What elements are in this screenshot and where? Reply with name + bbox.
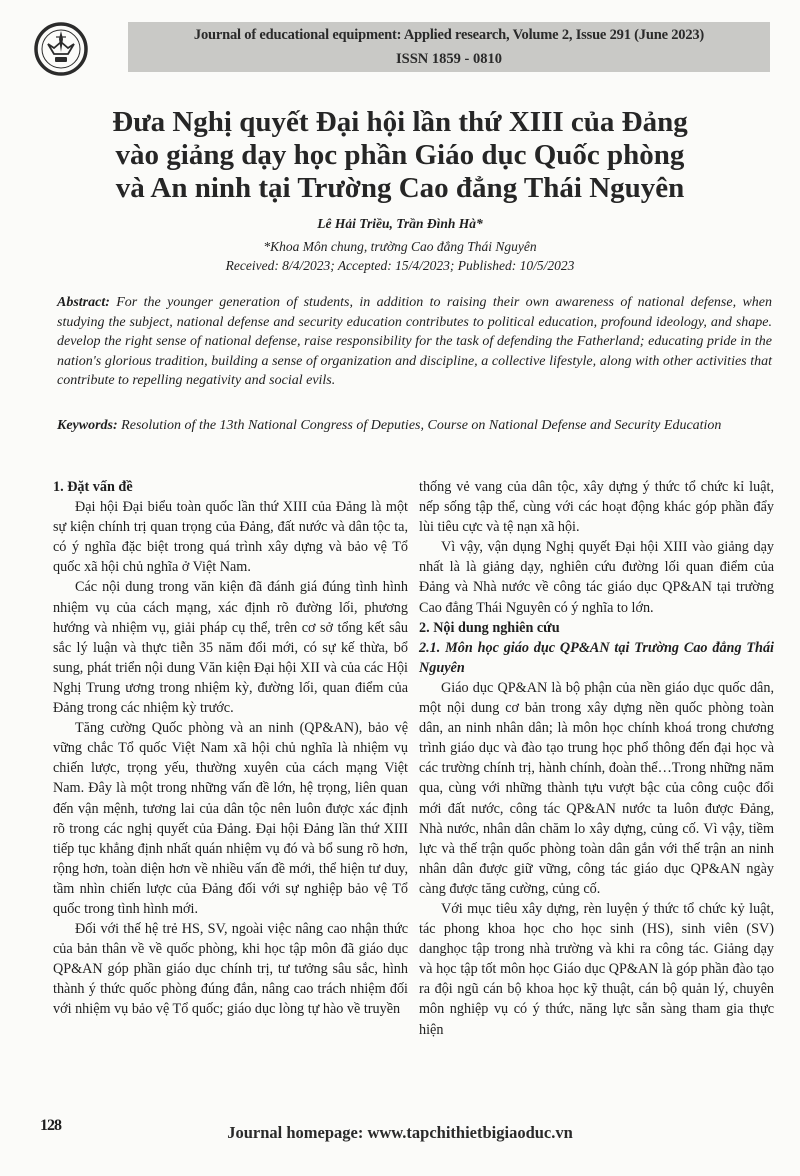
keywords-label: Keywords: [57, 418, 118, 433]
authors: Lê Hải Triều, Trần Đình Hà* [0, 216, 800, 232]
journal-crest-icon [34, 22, 88, 76]
title-line: vào giảng dạy học phần Giáo dục Quốc phò… [80, 139, 720, 172]
body-paragraph: Đối với thế hệ trẻ HS, SV, ngoài việc nâ… [53, 919, 408, 1019]
abstract: Abstract: For the younger generation of … [57, 293, 772, 391]
abstract-label: Abstract: [57, 295, 110, 310]
keywords: Keywords: Resolution of the 13th Nationa… [57, 416, 772, 436]
body-paragraph: Tăng cường Quốc phòng và an ninh (QP&AN)… [53, 718, 408, 919]
body-paragraph: Vì vậy, vận dụng Nghị quyết Đại hội XIII… [419, 537, 774, 617]
issn: ISSN 1859 - 0810 [128, 49, 770, 69]
body-paragraph-continued: thống vẻ vang của dân tộc, xây dựng ý th… [419, 477, 774, 537]
journal-header-banner: Journal of educational equipment: Applie… [128, 22, 770, 72]
section-heading: 2. Nội dung nghiên cứu [419, 618, 774, 638]
keywords-text: Resolution of the 13th National Congress… [118, 418, 722, 433]
title-line: và An ninh tại Trường Cao đẳng Thái Nguy… [80, 172, 720, 205]
section-heading: 1. Đặt vấn đề [53, 477, 408, 497]
subsection-heading: 2.1. Môn học giáo dục QP&AN tại Trường C… [419, 638, 774, 678]
body-paragraph: Các nội dung trong văn kiện đã đánh giá … [53, 577, 408, 718]
body-paragraph: Giáo dục QP&AN là bộ phận của nền giáo d… [419, 678, 774, 899]
right-column: thống vẻ vang của dân tộc, xây dựng ý th… [419, 477, 774, 1040]
publication-dates: Received: 8/4/2023; Accepted: 15/4/2023;… [0, 258, 800, 274]
abstract-text: For the younger generation of students, … [57, 295, 772, 388]
journal-citation: Journal of educational equipment: Applie… [128, 25, 770, 45]
journal-homepage: Journal homepage: www.tapchithietbigiaod… [0, 1123, 800, 1143]
left-column: 1. Đặt vấn đề Đại hội Đại biểu toàn quốc… [53, 477, 408, 1020]
title-line: Đưa Nghị quyết Đại hội lần thứ XIII của … [80, 106, 720, 139]
article-title: Đưa Nghị quyết Đại hội lần thứ XIII của … [80, 106, 720, 205]
body-paragraph: Với mục tiêu xây dựng, rèn luyện ý thức … [419, 899, 774, 1040]
affiliation: *Khoa Môn chung, trường Cao đẳng Thái Ng… [0, 239, 800, 255]
body-paragraph: Đại hội Đại biểu toàn quốc lần thứ XIII … [53, 497, 408, 577]
